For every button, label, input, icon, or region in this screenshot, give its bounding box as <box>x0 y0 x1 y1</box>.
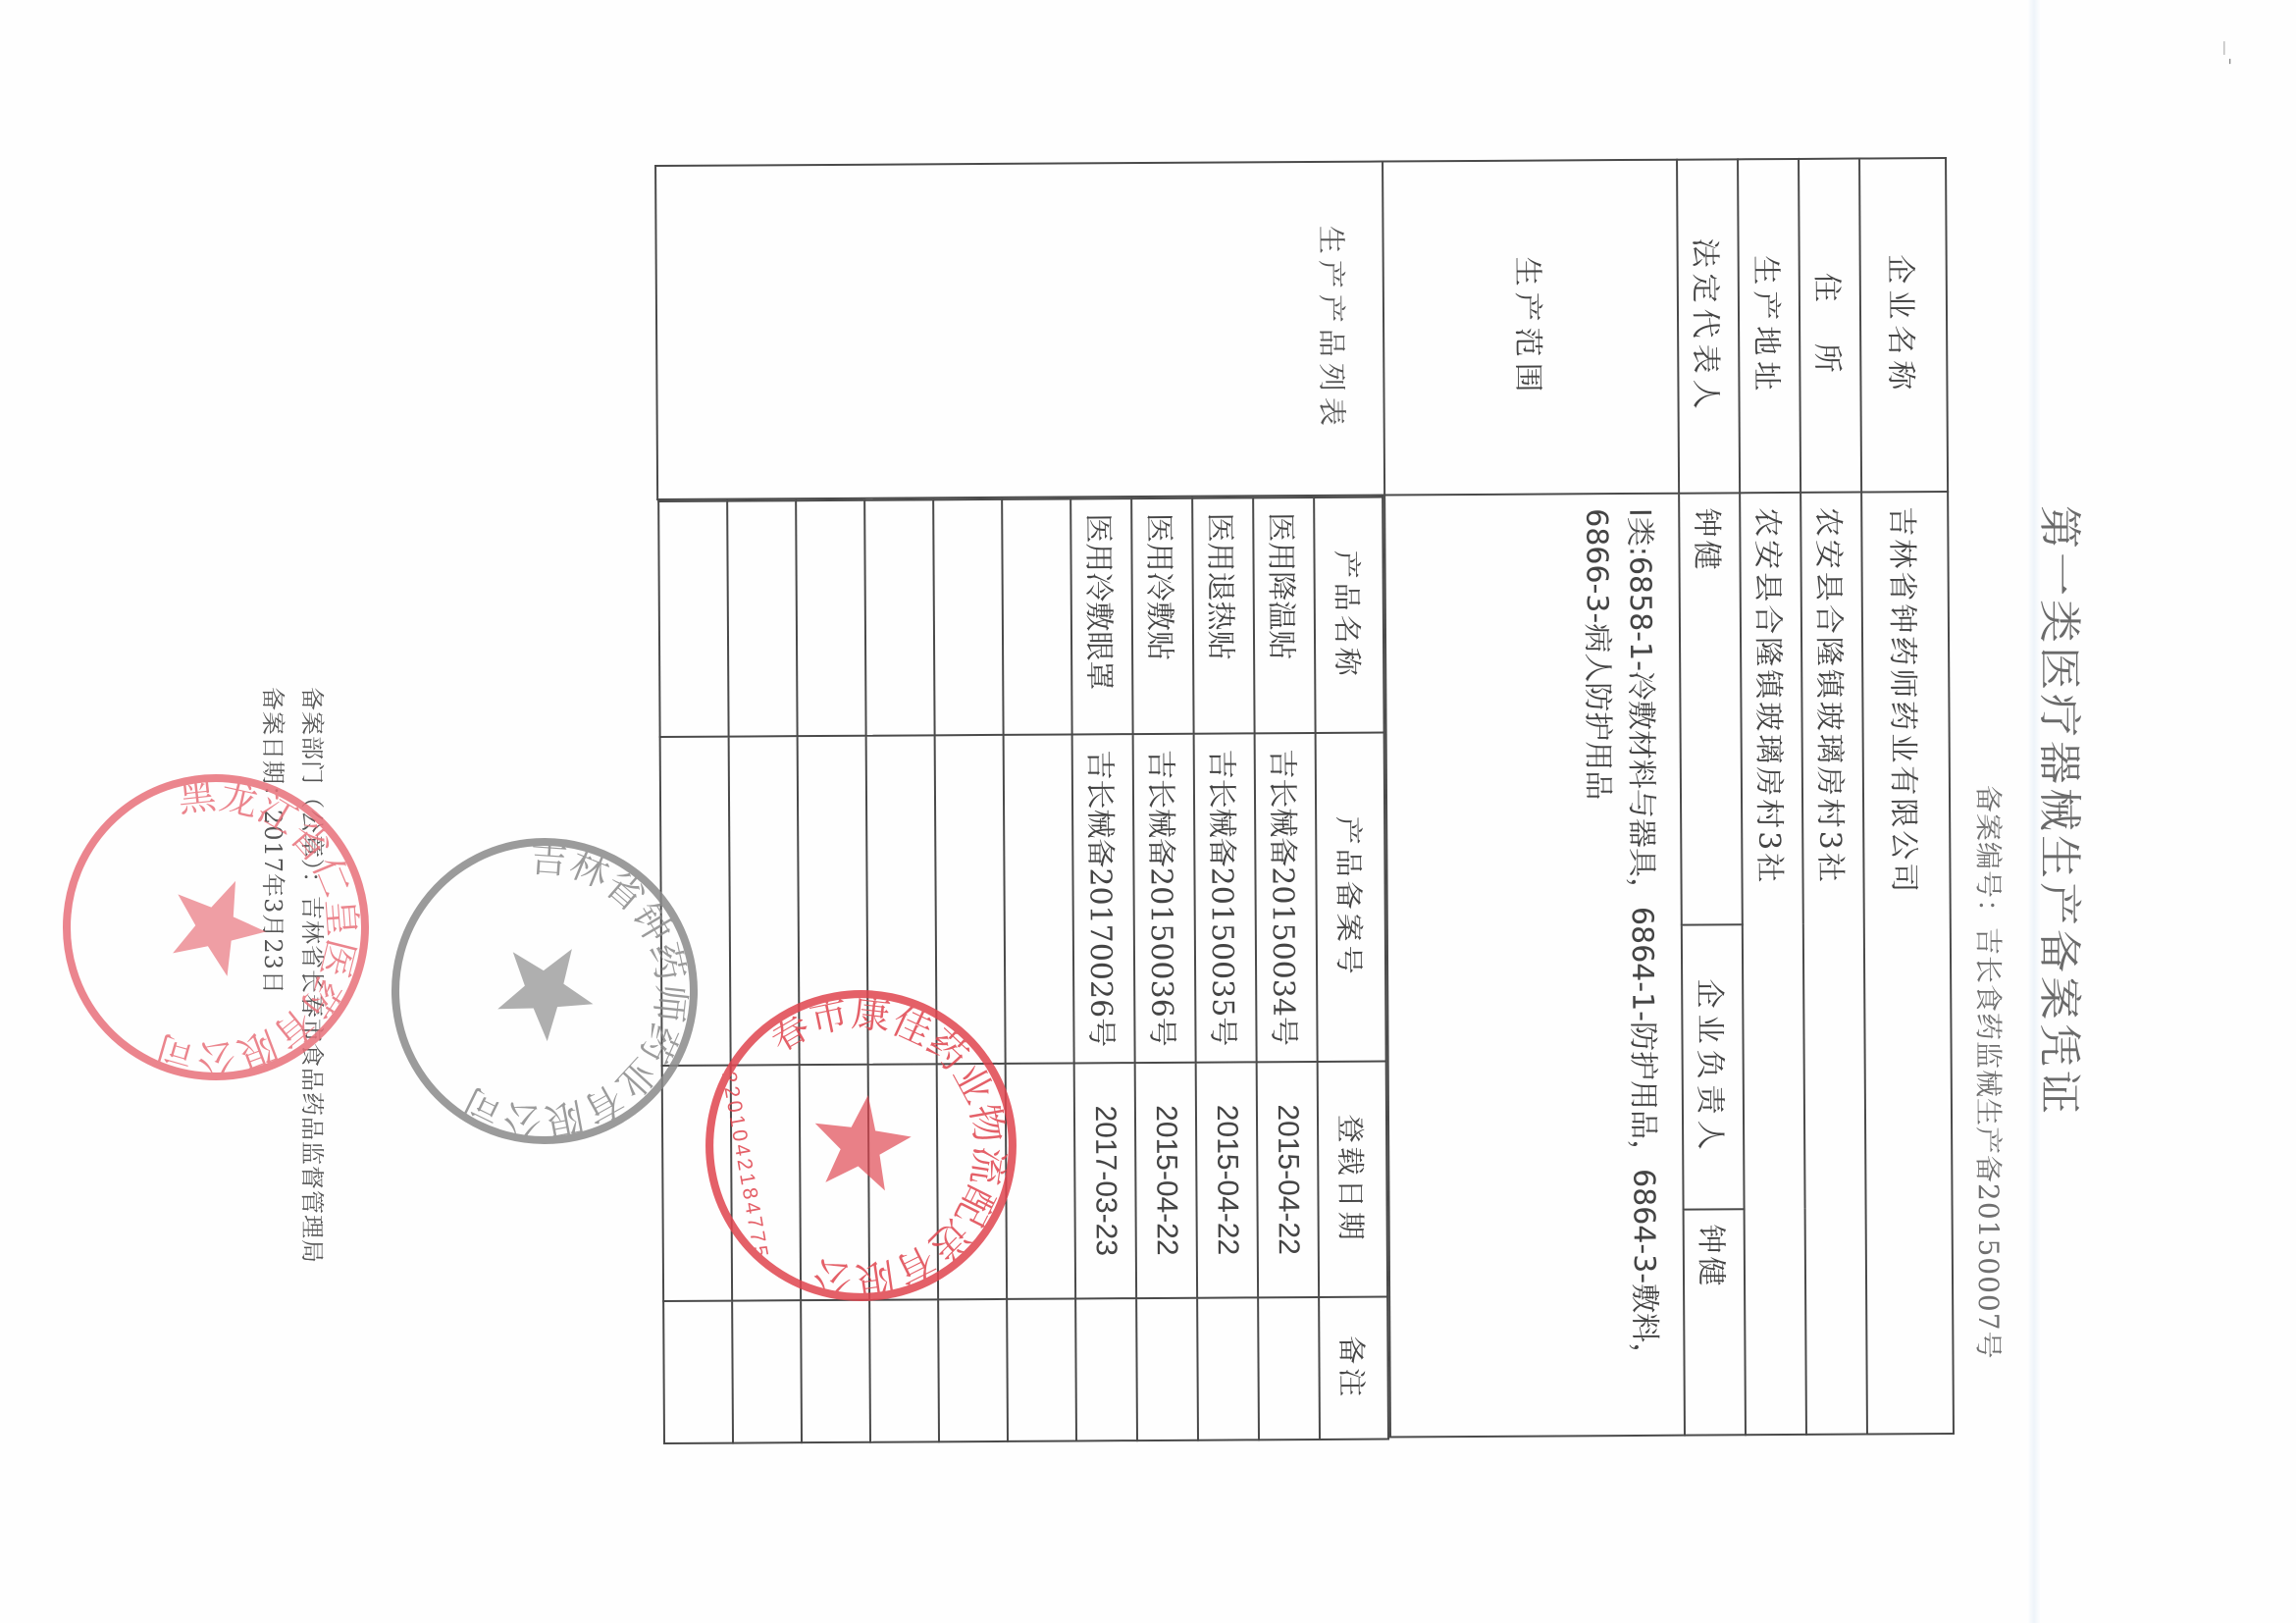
product-name-cell <box>864 499 934 735</box>
product-list-table: 产品名称 产品备案号 登载日期 备注 医用降温贴吉长械备20150034号201… <box>657 497 1389 1445</box>
product-name-cell: 医用退热贴 <box>1192 497 1254 733</box>
date-cell <box>1006 1063 1075 1298</box>
record-number-value: 吉长食药监械生产备20150007号 <box>1972 927 2005 1360</box>
department-label: 备案部门（公章）： <box>298 687 326 896</box>
table-row <box>796 500 870 1442</box>
table-row <box>933 499 1008 1441</box>
production-address-value: 农安县合隆镇玻璃房村3社 <box>1740 493 1806 1435</box>
residence-value: 农安县合隆镇玻璃房村3社 <box>1800 493 1867 1435</box>
table-row <box>658 501 733 1443</box>
residence-label: 住 所 <box>1799 159 1861 493</box>
table-row: 医用冷敷眼罩吉长械备20170026号2017-03-23 <box>1070 498 1137 1440</box>
header-product-name: 产品名称 <box>1314 497 1383 733</box>
legal-rep-value: 钟健 <box>1679 493 1743 924</box>
info-table: 企业名称 吉林省钟药师药业有限公司 住 所 农安县合隆镇玻璃房村3社 生产地址 … <box>654 157 1955 1442</box>
date-cell <box>731 1065 801 1300</box>
scope-value: Ⅰ类:6858-1-冷敷材料与器具，6864-1-防护用品，6864-3-敷料，… <box>1384 494 1685 1438</box>
date-cell <box>662 1066 732 1301</box>
table-row: 医用降温贴吉长械备20150034号2015-04-22 <box>1253 497 1320 1440</box>
product-name-cell: 医用降温贴 <box>1253 497 1315 733</box>
document-page: －ˉ 第一类医疗器械生产备案凭证 备案编号：吉长食药监械生产备20150007号… <box>0 0 2296 1623</box>
department-value: 吉林省长春市食品药品监督管理局 <box>298 896 326 1264</box>
product-name-cell <box>1002 498 1071 734</box>
record-no-cell: 吉长械备20150035号 <box>1194 733 1257 1062</box>
footer-department: 备案部门（公章）：吉林省长春市食品药品监督管理局 <box>297 687 332 1264</box>
date-cell <box>800 1065 869 1300</box>
note-cell <box>1258 1297 1320 1440</box>
record-no-cell: 吉长械备20170026号 <box>1072 734 1135 1063</box>
product-name-cell <box>658 501 728 737</box>
product-name-cell: 医用冷敷贴 <box>1131 498 1193 734</box>
note-cell <box>938 1299 1008 1441</box>
row-company-name: 企业名称 吉林省钟药师药业有限公司 <box>1859 158 1954 1435</box>
record-no-cell <box>1004 734 1074 1063</box>
record-no-cell <box>798 736 868 1065</box>
date-cell: 2015-04-22 <box>1135 1063 1197 1298</box>
company-name-value: 吉林省钟药师药业有限公司 <box>1861 492 1954 1435</box>
note-cell <box>869 1299 939 1441</box>
note-cell <box>801 1300 870 1442</box>
scan-edge-mark: －ˉ <box>2212 39 2237 66</box>
note-cell <box>1136 1298 1198 1440</box>
header-date: 登载日期 <box>1318 1062 1387 1297</box>
date-label: 备案日期： <box>259 687 287 810</box>
date-cell <box>937 1064 1007 1299</box>
table-row <box>1002 498 1076 1440</box>
principal-value: 钟健 <box>1684 1209 1746 1435</box>
date-cell <box>868 1064 938 1299</box>
table-row: 医用冷敷贴吉长械备20150036号2015-04-22 <box>1131 498 1198 1440</box>
product-name-cell: 医用冷敷眼罩 <box>1070 498 1132 734</box>
record-no-cell <box>729 736 800 1065</box>
product-list-label: 生产产品列表 <box>655 162 1384 500</box>
row-product-list: 生产产品列表 产品名称 产品备案号 登载日期 备注 医用降温贴吉长械备20150… <box>655 162 1390 1442</box>
table-row <box>864 499 939 1441</box>
product-name-cell <box>727 500 797 736</box>
product-list-header: 产品名称 产品备案号 登载日期 备注 <box>1314 497 1388 1440</box>
document-title: 第一类医疗器械生产备案凭证 <box>2032 0 2095 1623</box>
record-number-label: 备案编号： <box>1972 785 2005 927</box>
record-no-cell <box>866 735 937 1064</box>
note-cell <box>732 1300 802 1442</box>
header-note: 备注 <box>1319 1297 1388 1440</box>
record-number: 备案编号：吉长食药监械生产备20150007号 <box>1970 785 2009 1360</box>
note-cell <box>663 1301 733 1443</box>
table-row: 医用退热贴吉长械备20150035号2015-04-22 <box>1192 497 1259 1440</box>
date-cell: 2015-04-22 <box>1257 1062 1319 1297</box>
note-cell <box>1007 1298 1076 1440</box>
record-no-cell <box>935 735 1006 1064</box>
date-cell: 2015-04-22 <box>1196 1062 1258 1297</box>
company-name-label: 企业名称 <box>1859 158 1948 493</box>
date-cell: 2017-03-23 <box>1074 1063 1136 1298</box>
date-value: 2017年3月23日 <box>259 810 287 995</box>
product-name-cell <box>933 499 1003 735</box>
legal-rep-label: 法定代表人 <box>1677 159 1740 493</box>
row-residence: 住 所 农安县合隆镇玻璃房村3社 <box>1799 159 1867 1435</box>
product-list-container: 产品名称 产品备案号 登载日期 备注 医用降温贴吉长械备20150034号201… <box>657 496 1390 1442</box>
record-no-cell: 吉长械备20150034号 <box>1255 733 1318 1062</box>
principal-label: 企业负责人 <box>1682 924 1745 1209</box>
production-address-label: 生产地址 <box>1738 159 1800 493</box>
record-no-cell <box>660 737 731 1066</box>
table-row <box>727 500 802 1442</box>
row-scope: 生产范围 Ⅰ类:6858-1-冷敷材料与器具，6864-1-防护用品，6864-… <box>1383 160 1685 1438</box>
header-record-no: 产品备案号 <box>1316 733 1386 1062</box>
record-no-cell: 吉长械备20150036号 <box>1133 734 1196 1063</box>
scope-label: 生产范围 <box>1383 160 1679 496</box>
row-legal-rep: 法定代表人 钟健 企业负责人 钟健 <box>1677 159 1746 1435</box>
row-production-address: 生产地址 农安县合隆镇玻璃房村3社 <box>1738 159 1806 1435</box>
footer-date: 备案日期：2017年3月23日 <box>258 687 292 995</box>
note-cell <box>1197 1297 1259 1440</box>
note-cell <box>1075 1298 1137 1440</box>
certificate-table: 企业名称 吉林省钟药师药业有限公司 住 所 农安县合隆镇玻璃房村3社 生产地址 … <box>352 157 1955 1442</box>
product-name-cell <box>796 500 865 736</box>
